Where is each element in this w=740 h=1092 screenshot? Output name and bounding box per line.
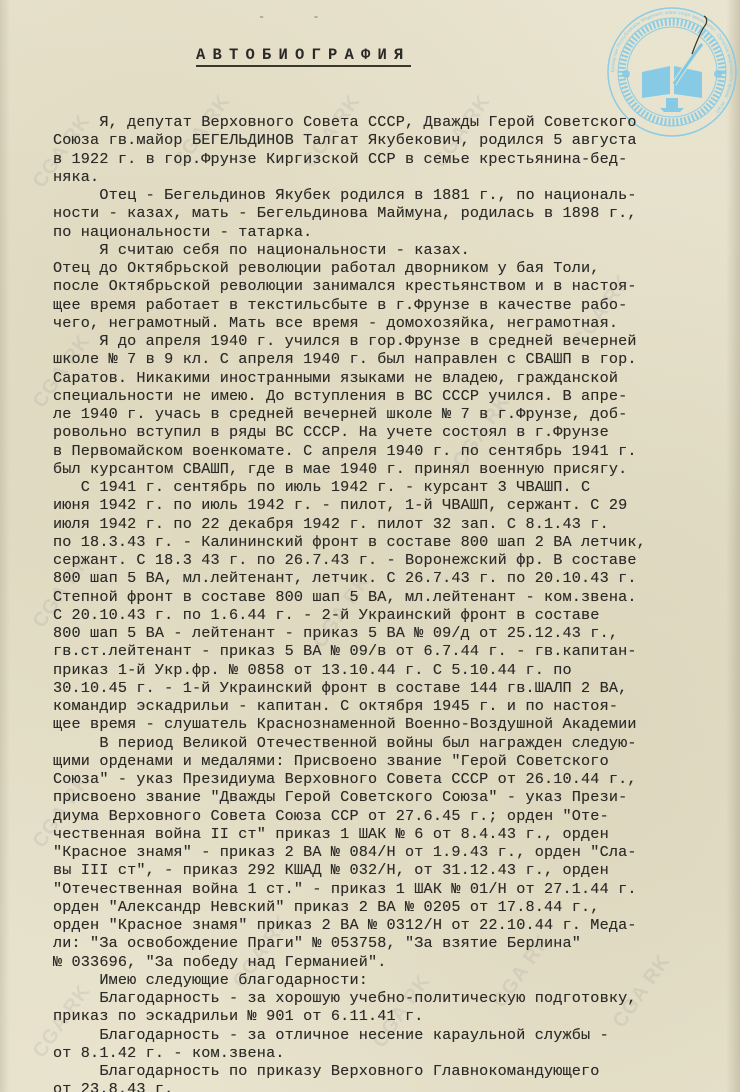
text-line: 30.10.45 г. - 1-й Украинский фронт в сос… — [53, 679, 740, 697]
text-line: С 20.10.43 г. по 1.6.44 г. - 2-й Украинс… — [53, 606, 740, 624]
text-line: в 1922 г. в гор.Фрунзе Киргизской ССР в … — [53, 150, 740, 168]
text-line: после Октябрьской революции занимался кр… — [53, 277, 740, 295]
text-line: от 23.8.43 г. — [53, 1080, 740, 1092]
text-line: В период Великой Отечественной войны был… — [53, 734, 740, 752]
document-page: CGA RKCGA RKCGA RKCGA RKCGA RKCGA RKCGA … — [0, 0, 740, 1092]
text-line: июля 1942 г. по 22 декабря 1942 г. пилот… — [53, 515, 740, 533]
text-line: ли: "За освобождение Праги" № 053758, "З… — [53, 934, 740, 952]
text-line: щее время работает в текстильсбыте в г.Ф… — [53, 296, 740, 314]
text-line: щими орденами и медалями: Присвоено зван… — [53, 752, 740, 770]
text-line: Я до апреля 1940 г. учился в гор.Фрунзе … — [53, 332, 740, 350]
text-line: ле 1940 г. учась в средней вечерней школ… — [53, 405, 740, 423]
text-line: С 1941 г. сентябрь по июль 1942 г. - кур… — [53, 478, 740, 496]
text-line: Союза гв.майор БЕГЕЛЬДИНОВ Талгат Якубек… — [53, 131, 740, 149]
header-mark: - - — [258, 10, 340, 24]
text-line: 800 шап 5 ВА - лейтенант - приказ 5 ВА №… — [53, 624, 740, 642]
document-title: АВТОБИОГРАФИЯ — [196, 46, 411, 67]
text-line: вы III ст", - приказ 292 КШАД № 032/Н, о… — [53, 861, 740, 879]
text-line: орден "Красное знамя" приказ 2 ВА № 0312… — [53, 916, 740, 934]
text-line: присвоено звание "Дважды Герой Советског… — [53, 788, 740, 806]
text-line: диума Верховного Совета Союза ССР от 27.… — [53, 807, 740, 825]
text-line: ровольно вступил в ряды ВС СССР. На учет… — [53, 423, 740, 441]
text-line: приказ 1-й Укр.фр. № 0858 от 13.10.44 г.… — [53, 661, 740, 679]
text-line: Я, депутат Верховного Совета СССР, Дважд… — [53, 113, 740, 131]
text-line: Степной фронт в составе 800 шап 5 ВА, мл… — [53, 588, 740, 606]
text-line: июня 1942 г. по июль 1942 г. - пилот, 1-… — [53, 496, 740, 514]
text-line: Благодарность - за хорошую учебно-полити… — [53, 989, 740, 1007]
text-line: щее время - слушатель Краснознаменной Во… — [53, 715, 740, 733]
text-line: Саратов. Никакими иностранными языками н… — [53, 369, 740, 387]
text-line: специальности не имею. До вступления в В… — [53, 387, 740, 405]
text-line: приказ по эскадрильи № 901 от 6.11.41 г. — [53, 1007, 740, 1025]
text-line: Благодарность - за отличное несение кара… — [53, 1026, 740, 1044]
text-line: школе № 7 в 9 кл. С апреля 1940 г. был н… — [53, 350, 740, 368]
text-line: орден "Александр Невский" приказ 2 ВА № … — [53, 898, 740, 916]
text-line: по национальности - татарка. — [53, 223, 740, 241]
text-line: "Отечественная война 1 ст." - приказ 1 Ш… — [53, 880, 740, 898]
text-line: по 18.3.43 г. - Калининский фронт в сост… — [53, 533, 740, 551]
text-line: Отец до Октябрьской революции работал дв… — [53, 259, 740, 277]
text-line: от 8.1.42 г. - ком.звена. — [53, 1044, 740, 1062]
autobiography-body: Я, депутат Верховного Совета СССР, Дважд… — [53, 113, 740, 1092]
text-line: чего, неграмотный. Мать все время - домо… — [53, 314, 740, 332]
text-line: Благодарность по приказу Верховного Глав… — [53, 1062, 740, 1080]
text-line: "Красное знамя" - приказ 2 ВА № 084/Н от… — [53, 843, 740, 861]
text-line: Я считаю себя по национальности - казах. — [53, 241, 740, 259]
text-line: ности - казах, мать - Бегельдинова Майму… — [53, 204, 740, 222]
text-line: Имею следующие благодарности: — [53, 971, 740, 989]
text-line: гв.ст.лейтенант - приказ 5 ВА № 09/в от … — [53, 642, 740, 660]
text-line: чественная война II ст" приказ 1 ШАК № 6… — [53, 825, 740, 843]
text-line: Союза" - указ Президиума Верховного Сове… — [53, 770, 740, 788]
text-line: сержант. С 18.3 43 г. по 26.7.43 г. - Во… — [53, 551, 740, 569]
text-line: 800 шап 5 ВА, мл.лейтенант, летчик. С 26… — [53, 569, 740, 587]
text-line: в Первомайском военкомате. С апреля 1940… — [53, 442, 740, 460]
text-line: № 033696, "За победу над Германией". — [53, 953, 740, 971]
paper-edge-left — [0, 0, 10, 1092]
text-line: няка. — [53, 168, 740, 186]
text-line: командир эскадрильи - капитан. С октября… — [53, 697, 740, 715]
text-line: Отец - Бегельдинов Якубек родился в 1881… — [53, 186, 740, 204]
text-line: был курсантом СВАШП, где в мае 1940 г. п… — [53, 460, 740, 478]
